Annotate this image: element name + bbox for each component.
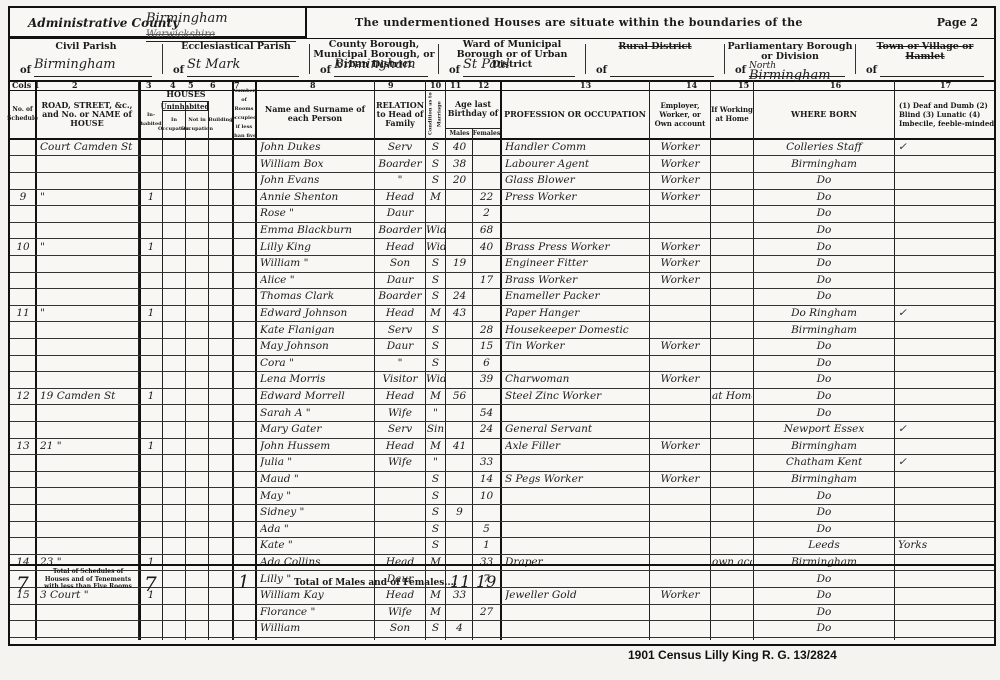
cell-born: Do [756, 520, 892, 537]
cell-occ: Housekeeper Domestic [505, 321, 647, 338]
cell-born: Birmingham [756, 470, 892, 487]
cell-rel: Wife [376, 603, 424, 620]
column-headers: No. of Schedule ROAD, STREET, &c., and N… [10, 90, 994, 140]
cell-born: Do [756, 619, 892, 636]
cell-f: 2 [474, 204, 499, 221]
cell-emp [652, 453, 708, 470]
cell-born: Birmingham [756, 437, 892, 454]
cell-m: 9 [447, 503, 472, 520]
cell-emp: Worker [652, 271, 708, 288]
col-num: 10 [430, 80, 441, 90]
cell-road [40, 271, 136, 288]
header-age: Age last Birthday of [446, 90, 500, 128]
of-label: of [866, 66, 877, 76]
cell-emp: Worker [652, 437, 708, 454]
cell-home [712, 420, 752, 437]
cell-sched [12, 287, 34, 304]
census-sheet: Administrative County Birmingham Warwick… [8, 6, 996, 646]
cell-inf [898, 520, 988, 537]
header-relation: RELATION to Head of Family [375, 90, 425, 138]
col-num: 17 [940, 80, 951, 90]
cell-occ: Labourer Agent [505, 155, 647, 172]
table-row: WilliamSonS4Do [10, 619, 994, 637]
cell-f [474, 254, 499, 271]
cell-emp [652, 520, 708, 537]
cell-born: Do [756, 204, 892, 221]
cell-sched [12, 487, 34, 504]
cell-sched [12, 171, 34, 188]
cell-sched [12, 536, 34, 553]
area-value [610, 60, 714, 77]
cell-emp: Worker [652, 138, 708, 155]
cell-inf [898, 221, 988, 238]
area-title: Town or Village or Hamlet [856, 42, 994, 62]
cell-road [40, 155, 136, 172]
cell-occ [505, 503, 647, 520]
cell-m: 20 [447, 171, 472, 188]
col-num: 11 [450, 80, 461, 90]
cell-rel: Daur [376, 337, 424, 354]
cell-inh: 1 [141, 188, 161, 205]
cell-occ: Axle Filler [505, 437, 647, 454]
cell-name: Sidney " [260, 503, 372, 520]
cell-road: " [40, 304, 136, 321]
cell-occ [505, 487, 647, 504]
header-females: Females [473, 128, 500, 138]
cell-rel: Head [376, 188, 424, 205]
cell-born: Chatham Kent [756, 453, 892, 470]
cell-m: 41 [447, 437, 472, 454]
cell-inf [898, 354, 988, 371]
cell-born: Do [756, 370, 892, 387]
cell-f: 27 [474, 603, 499, 620]
header-not-in-occupation: Not in Occupation [186, 111, 208, 138]
cell-rel: Wife [376, 404, 424, 421]
area-title: Parliamentary Borough or Division [725, 42, 855, 62]
cell-sched [12, 470, 34, 487]
cell-cond: Sin [426, 420, 445, 437]
cell-cond: S [426, 337, 445, 354]
cell-occ [505, 404, 647, 421]
cell-road [40, 204, 136, 221]
cell-f: 5 [474, 520, 499, 537]
cell-inf: ✓ [898, 420, 988, 437]
header-top: Administrative County Birmingham Warwick… [10, 8, 994, 39]
area-county-borough: County Borough, Municipal Borough, or Ur… [310, 38, 438, 80]
cell-m [447, 337, 472, 354]
cell-born: Do [756, 287, 892, 304]
cell-inh [141, 603, 161, 620]
cell-f [474, 619, 499, 636]
cell-sched [12, 404, 34, 421]
col-num: 9 [388, 80, 394, 90]
cell-cond: S [426, 138, 445, 155]
cell-emp: Worker [652, 337, 708, 354]
cell-road [40, 171, 136, 188]
cell-home [712, 304, 752, 321]
cell-name: Kate Flanigan [260, 321, 372, 338]
cell-born: Do [756, 271, 892, 288]
cell-m [447, 188, 472, 205]
cell-sched: 11 [12, 304, 34, 321]
cell-home [712, 470, 752, 487]
cell-home [712, 271, 752, 288]
cell-f [474, 437, 499, 454]
cell-name: Alice " [260, 271, 372, 288]
cell-rel: Visitor [376, 370, 424, 387]
admin-county-handwritten: Birmingham [146, 11, 228, 26]
cell-sched [12, 354, 34, 371]
cell-f: 28 [474, 321, 499, 338]
cell-emp [652, 619, 708, 636]
cell-home [712, 487, 752, 504]
header-road: ROAD, STREET, &c., and No. or NAME of HO… [36, 90, 138, 138]
cell-occ: Paper Hanger [505, 304, 647, 321]
cell-born: Do [756, 603, 892, 620]
cell-name: William " [260, 254, 372, 271]
cell-emp [652, 204, 708, 221]
cell-cond: S [426, 354, 445, 371]
cell-inh: 1 [141, 387, 161, 404]
of-label: of [596, 66, 607, 76]
cell-occ: Tin Worker [505, 337, 647, 354]
cell-born: Do [756, 487, 892, 504]
cell-name: Kate " [260, 536, 372, 553]
of-label: of [735, 66, 746, 76]
cell-occ: Enameller Packer [505, 287, 647, 304]
cell-cond: S [426, 321, 445, 338]
cell-rel: Head [376, 238, 424, 255]
cell-road [40, 254, 136, 271]
cell-rel: Head [376, 304, 424, 321]
cell-cond: M [426, 437, 445, 454]
cell-occ [505, 619, 647, 636]
cell-f: 1 [474, 536, 499, 553]
cell-m: 38 [447, 155, 472, 172]
cell-inf [898, 337, 988, 354]
area-civil-parish: Civil Parish of Birmingham [10, 38, 162, 80]
cell-cond: S [426, 487, 445, 504]
cell-road: " [40, 188, 136, 205]
cell-sched [12, 503, 34, 520]
cell-home [712, 520, 752, 537]
cell-name: May Johnson [260, 337, 372, 354]
cell-cond: M [426, 304, 445, 321]
col-num: 2 [72, 80, 78, 90]
header-employer: Employer, Worker, or Own account [650, 90, 710, 138]
cell-emp [652, 287, 708, 304]
cell-emp [652, 354, 708, 371]
cell-m: 40 [447, 138, 472, 155]
total-males-females-label: Total of Males and of Females.... [294, 578, 457, 588]
cell-occ: General Servant [505, 420, 647, 437]
cell-inh: 1 [141, 437, 161, 454]
cell-occ: Steel Zinc Worker [505, 387, 647, 404]
cell-home [712, 221, 752, 238]
cell-inh [141, 470, 161, 487]
area-rural-district: Rural District of [586, 38, 724, 80]
cell-sched [12, 603, 34, 620]
total-schedules: 7 [16, 572, 29, 596]
cell-rel: " [376, 171, 424, 188]
of-label: of [320, 66, 331, 76]
boundaries-statement: The undermentioned Houses are situate wi… [355, 16, 803, 29]
cell-cond: Wid [426, 238, 445, 255]
area-value: St Mark [187, 60, 299, 77]
cell-rel: Boarder [376, 287, 424, 304]
cell-home [712, 238, 752, 255]
cell-cond: S [426, 619, 445, 636]
cell-born: Do [756, 254, 892, 271]
cell-name: William Box [260, 155, 372, 172]
col-num: 15 [738, 80, 749, 90]
cell-sched [12, 155, 34, 172]
cell-home [712, 536, 752, 553]
header-condition: Condition as to Marriage [426, 90, 445, 138]
cell-born: Do [756, 387, 892, 404]
cell-inf: ✓ [898, 304, 988, 321]
cell-inf: Yorks [898, 536, 988, 553]
cell-emp [652, 503, 708, 520]
cell-home [712, 337, 752, 354]
cell-emp: Worker [652, 155, 708, 172]
cell-emp [652, 387, 708, 404]
cell-inf [898, 387, 988, 404]
cell-f [474, 304, 499, 321]
cell-name: John Hussem [260, 437, 372, 454]
cell-occ: Brass Press Worker [505, 238, 647, 255]
cell-m: 24 [447, 287, 472, 304]
cell-sched [12, 453, 34, 470]
cell-name: Lilly King [260, 238, 372, 255]
cell-inf [898, 370, 988, 387]
cell-cond: " [426, 453, 445, 470]
cell-f: 15 [474, 337, 499, 354]
cell-rel: Serv [376, 138, 424, 155]
document-caption: 1901 Census Lilly King R. G. 13/2824 [628, 648, 837, 662]
cell-home [712, 603, 752, 620]
cell-road: 19 Camden St [40, 387, 136, 404]
cell-inh [141, 420, 161, 437]
cell-inf [898, 503, 988, 520]
cell-road [40, 603, 136, 620]
cell-inf [898, 188, 988, 205]
cell-inf [898, 404, 988, 421]
cell-road [40, 619, 136, 636]
cell-road: Court Camden St [40, 138, 136, 155]
cell-m [447, 420, 472, 437]
cell-home [712, 503, 752, 520]
total-males: 11 [450, 572, 470, 591]
cell-name: May " [260, 487, 372, 504]
cell-name: Florance " [260, 603, 372, 620]
cell-cond: Wid [426, 370, 445, 387]
total-inhabited: 7 [144, 572, 157, 596]
cell-home [712, 171, 752, 188]
cell-road: 21 " [40, 437, 136, 454]
cell-name: Mary Gater [260, 420, 372, 437]
cell-m [447, 221, 472, 238]
cell-cond: S [426, 503, 445, 520]
cell-rel: " [376, 354, 424, 371]
cell-f: 24 [474, 420, 499, 437]
cell-road [40, 354, 136, 371]
cell-cond: Wid [426, 221, 445, 238]
cell-inf [898, 254, 988, 271]
cell-name: John Evans [260, 171, 372, 188]
cell-emp: Worker [652, 188, 708, 205]
cell-name: Ada " [260, 520, 372, 537]
cell-inf [898, 603, 988, 620]
cell-inf: ✓ [898, 453, 988, 470]
col-num: 6 [210, 80, 216, 90]
cell-f [474, 155, 499, 172]
cell-name: Edward Morrell [260, 387, 372, 404]
cell-rel [376, 487, 424, 504]
cell-name: Lena Morris [260, 370, 372, 387]
totals-row: 7 Total of Schedules of Houses and of Te… [10, 564, 994, 602]
cell-home [712, 321, 752, 338]
cell-inh [141, 171, 161, 188]
cell-inh [141, 453, 161, 470]
cell-inf [898, 470, 988, 487]
cell-m [447, 321, 472, 338]
cell-inf [898, 619, 988, 636]
cell-road [40, 321, 136, 338]
cell-born: Do Ringham [756, 304, 892, 321]
cell-rel: Daur [376, 271, 424, 288]
cell-rel: Wife [376, 453, 424, 470]
cell-sched [12, 221, 34, 238]
cell-inh [141, 370, 161, 387]
of-label: of [173, 66, 184, 76]
cell-rel: Daur [376, 204, 424, 221]
cell-inh: 1 [141, 304, 161, 321]
cell-f: 39 [474, 370, 499, 387]
cell-cond: S [426, 536, 445, 553]
cell-f [474, 287, 499, 304]
cell-name: William [260, 619, 372, 636]
cell-born: Do [756, 404, 892, 421]
cell-road [40, 453, 136, 470]
cell-occ: Handler Comm [505, 138, 647, 155]
col-num: 16 [830, 80, 841, 90]
cell-home [712, 254, 752, 271]
cell-f: 54 [474, 404, 499, 421]
cell-rel: Son [376, 619, 424, 636]
cell-home [712, 354, 752, 371]
cell-emp: Worker [652, 470, 708, 487]
cell-inh [141, 221, 161, 238]
cell-f: 10 [474, 487, 499, 504]
area-parliamentary-borough: Parliamentary Borough or Division of Nor… [725, 38, 855, 80]
cell-m [447, 238, 472, 255]
area-value [880, 60, 984, 77]
cell-sched: 12 [12, 387, 34, 404]
total-schedules-label: Total of Schedules of Houses and of Tene… [40, 568, 136, 591]
cell-rel [376, 503, 424, 520]
cell-home [712, 370, 752, 387]
cell-m [447, 603, 472, 620]
cell-sched: 9 [12, 188, 34, 205]
cell-emp: Worker [652, 370, 708, 387]
cell-f: 17 [474, 271, 499, 288]
cell-born: Newport Essex [756, 420, 892, 437]
header-infirmity: (1) Deaf and Dumb (2) Blind (3) Lunatic … [895, 90, 995, 138]
cell-sched [12, 138, 34, 155]
cell-occ: Brass Worker [505, 271, 647, 288]
cell-road [40, 221, 136, 238]
area-ecclesiastical-parish: Ecclesiastical Parish of St Mark [163, 38, 309, 80]
cell-m: 19 [447, 254, 472, 271]
cell-emp [652, 536, 708, 553]
cell-occ [505, 603, 647, 620]
cell-road [40, 420, 136, 437]
cell-born: Do [756, 221, 892, 238]
area-title: Ecclesiastical Parish [163, 42, 309, 52]
cell-inh [141, 287, 161, 304]
cell-f: 22 [474, 188, 499, 205]
cell-m: 56 [447, 387, 472, 404]
cell-cond: S [426, 254, 445, 271]
cell-sched [12, 370, 34, 387]
cell-inf [898, 321, 988, 338]
cell-occ [505, 221, 647, 238]
cell-home [712, 188, 752, 205]
cell-m [447, 404, 472, 421]
cell-sched [12, 520, 34, 537]
cell-m [447, 536, 472, 553]
cell-inh: 1 [141, 238, 161, 255]
cell-m [447, 204, 472, 221]
cell-m: 43 [447, 304, 472, 321]
cell-cond: M [426, 603, 445, 620]
cell-rel: Boarder [376, 221, 424, 238]
cell-f [474, 387, 499, 404]
cell-cond: M [426, 188, 445, 205]
cell-emp: Worker [652, 238, 708, 255]
cell-home [712, 287, 752, 304]
header-name: Name and Surname of each Person [256, 90, 374, 138]
cell-occ [505, 204, 647, 221]
cell-rel: Serv [376, 321, 424, 338]
area-town-village: Town or Village or Hamlet of [856, 38, 994, 80]
total-females: 19 [476, 572, 496, 591]
cell-inh [141, 619, 161, 636]
cell-sched [12, 420, 34, 437]
cell-rel: Head [376, 387, 424, 404]
cell-home [712, 204, 752, 221]
header-born: WHERE BORN [754, 90, 894, 138]
cell-born: Birmingham [756, 321, 892, 338]
cell-emp: Worker [652, 254, 708, 271]
cell-inh [141, 520, 161, 537]
cell-inh [141, 138, 161, 155]
cell-emp [652, 420, 708, 437]
cell-sched [12, 254, 34, 271]
area-value: St Paul [463, 60, 575, 77]
cell-inh [141, 254, 161, 271]
cell-m: 4 [447, 619, 472, 636]
cell-inf [898, 437, 988, 454]
cell-m [447, 453, 472, 470]
cell-inh [141, 271, 161, 288]
cell-inf [898, 287, 988, 304]
col-num: 13 [580, 80, 591, 90]
cell-inh [141, 204, 161, 221]
col-num: 14 [686, 80, 697, 90]
cell-name: Thomas Clark [260, 287, 372, 304]
